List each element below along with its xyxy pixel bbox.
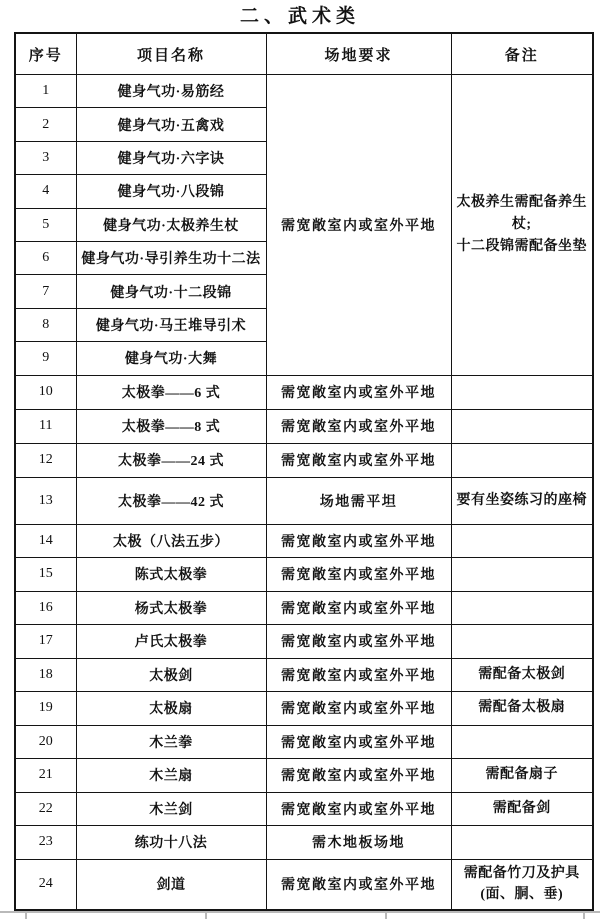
- row-number-cell: 6: [15, 241, 76, 274]
- venue-cell: 需宽敞室内或室外平地: [266, 558, 451, 592]
- row-number-cell: 16: [15, 591, 76, 625]
- row-number-cell: 19: [15, 692, 76, 726]
- venue-cell: 需木地板场地: [266, 826, 451, 860]
- project-name-cell: 练功十八法: [76, 826, 266, 860]
- project-name-cell: 木兰拳: [76, 725, 266, 759]
- remark-cell: 要有坐姿练习的座椅: [451, 477, 593, 524]
- row-number-cell: 2: [15, 108, 76, 141]
- venue-cell: 需宽敞室内或室外平地: [266, 658, 451, 692]
- project-name-cell: 太极（八法五步）: [76, 524, 266, 558]
- venue-cell: 需宽敞室内或室外平地: [266, 375, 451, 409]
- row-number-cell: 13: [15, 477, 76, 524]
- table-row: 24剑道需宽敞室内或室外平地需配备竹刀及护具 (面、胴、垂): [15, 859, 593, 910]
- venue-cell: 场地需平坦: [266, 477, 451, 524]
- page-title: 二、武术类: [0, 1, 600, 28]
- header-project-name: 项目名称: [76, 33, 266, 75]
- next-table-column-line: [583, 912, 585, 919]
- venue-cell: 需宽敞室内或室外平地: [266, 591, 451, 625]
- project-name-cell: 健身气功·马王堆导引术: [76, 308, 266, 341]
- project-name-cell: 健身气功·导引养生功十二法: [76, 241, 266, 274]
- table-row: 15陈式太极拳需宽敞室内或室外平地: [15, 558, 593, 592]
- table-body: 1健身气功·易筋经需宽敞室内或室外平地太极养生需配备养生杖; 十二段锦需配备坐垫…: [15, 75, 593, 911]
- table-row: 22木兰剑需宽敞室内或室外平地需配备剑: [15, 792, 593, 826]
- table-row: 17卢氏太极拳需宽敞室内或室外平地: [15, 625, 593, 659]
- row-number-cell: 8: [15, 308, 76, 341]
- table-row: 19太极扇需宽敞室内或室外平地需配备太极扇: [15, 692, 593, 726]
- table-row: 12太极拳——24 式需宽敞室内或室外平地: [15, 443, 593, 477]
- row-number-cell: 15: [15, 558, 76, 592]
- remark-cell: [451, 375, 593, 409]
- next-table-column-line: [385, 912, 387, 919]
- venue-cell: 需宽敞室内或室外平地: [266, 759, 451, 793]
- remark-cell: 需配备太极扇: [451, 692, 593, 726]
- project-name-cell: 健身气功·十二段锦: [76, 275, 266, 308]
- row-number-cell: 1: [15, 75, 76, 108]
- row-number-cell: 7: [15, 275, 76, 308]
- header-row: 序号 项目名称 场地要求 备注: [15, 33, 593, 75]
- project-name-cell: 太极拳——8 式: [76, 409, 266, 443]
- remark-cell: [451, 558, 593, 592]
- venue-cell: 需宽敞室内或室外平地: [266, 792, 451, 826]
- row-number-cell: 22: [15, 792, 76, 826]
- table-row: 14太极（八法五步）需宽敞室内或室外平地: [15, 524, 593, 558]
- remark-cell: 需配备竹刀及护具 (面、胴、垂): [451, 859, 593, 910]
- remark-cell: 太极养生需配备养生杖; 十二段锦需配备坐垫: [451, 75, 593, 376]
- project-name-cell: 健身气功·六字诀: [76, 141, 266, 174]
- venue-cell: 需宽敞室内或室外平地: [266, 443, 451, 477]
- remark-cell: [451, 591, 593, 625]
- project-name-cell: 健身气功·五禽戏: [76, 108, 266, 141]
- project-name-cell: 太极扇: [76, 692, 266, 726]
- next-table-column-line: [205, 912, 207, 919]
- table-row: 21木兰扇需宽敞室内或室外平地需配备扇子: [15, 759, 593, 793]
- project-name-cell: 太极拳——42 式: [76, 477, 266, 524]
- project-name-cell: 陈式太极拳: [76, 558, 266, 592]
- header-serial-number: 序号: [15, 33, 76, 75]
- row-number-cell: 21: [15, 759, 76, 793]
- row-number-cell: 10: [15, 375, 76, 409]
- table-header: 序号 项目名称 场地要求 备注: [15, 33, 593, 75]
- venue-cell: 需宽敞室内或室外平地: [266, 524, 451, 558]
- table-row: 1健身气功·易筋经需宽敞室内或室外平地太极养生需配备养生杖; 十二段锦需配备坐垫: [15, 75, 593, 108]
- row-number-cell: 12: [15, 443, 76, 477]
- remark-cell: [451, 524, 593, 558]
- project-name-cell: 木兰扇: [76, 759, 266, 793]
- project-name-cell: 太极拳——6 式: [76, 375, 266, 409]
- project-name-cell: 太极剑: [76, 658, 266, 692]
- project-name-cell: 健身气功·八段锦: [76, 175, 266, 208]
- venue-cell: 需宽敞室内或室外平地: [266, 692, 451, 726]
- remark-cell: [451, 625, 593, 659]
- next-table-column-line: [25, 912, 27, 919]
- row-number-cell: 23: [15, 826, 76, 860]
- table-row: 20木兰拳需宽敞室内或室外平地: [15, 725, 593, 759]
- project-name-cell: 剑道: [76, 859, 266, 910]
- next-table-top-edge: [0, 911, 600, 913]
- row-number-cell: 3: [15, 141, 76, 174]
- project-name-cell: 木兰剑: [76, 792, 266, 826]
- row-number-cell: 18: [15, 658, 76, 692]
- project-name-cell: 健身气功·大舞: [76, 342, 266, 375]
- row-number-cell: 17: [15, 625, 76, 659]
- remark-cell: 需配备扇子: [451, 759, 593, 793]
- row-number-cell: 5: [15, 208, 76, 241]
- remark-cell: [451, 826, 593, 860]
- row-number-cell: 4: [15, 175, 76, 208]
- venue-cell: 需宽敞室内或室外平地: [266, 409, 451, 443]
- row-number-cell: 11: [15, 409, 76, 443]
- remark-cell: [451, 443, 593, 477]
- martial-arts-table: 序号 项目名称 场地要求 备注 1健身气功·易筋经需宽敞室内或室外平地太极养生需…: [14, 32, 594, 911]
- project-name-cell: 健身气功·易筋经: [76, 75, 266, 108]
- remark-cell: 需配备太极剑: [451, 658, 593, 692]
- table-row: 13太极拳——42 式场地需平坦要有坐姿练习的座椅: [15, 477, 593, 524]
- row-number-cell: 24: [15, 859, 76, 910]
- table-row: 11太极拳——8 式需宽敞室内或室外平地: [15, 409, 593, 443]
- venue-cell: 需宽敞室内或室外平地: [266, 625, 451, 659]
- table-row: 18太极剑需宽敞室内或室外平地需配备太极剑: [15, 658, 593, 692]
- remark-cell: 需配备剑: [451, 792, 593, 826]
- remark-cell: [451, 725, 593, 759]
- project-name-cell: 杨式太极拳: [76, 591, 266, 625]
- table-row: 16杨式太极拳需宽敞室内或室外平地: [15, 591, 593, 625]
- header-venue-requirement: 场地要求: [266, 33, 451, 75]
- project-name-cell: 健身气功·太极养生杖: [76, 208, 266, 241]
- table-row: 10太极拳——6 式需宽敞室内或室外平地: [15, 375, 593, 409]
- venue-cell: 需宽敞室内或室外平地: [266, 859, 451, 910]
- table-row: 23练功十八法需木地板场地: [15, 826, 593, 860]
- project-name-cell: 卢氏太极拳: [76, 625, 266, 659]
- remark-cell: [451, 409, 593, 443]
- venue-cell: 需宽敞室内或室外平地: [266, 725, 451, 759]
- row-number-cell: 20: [15, 725, 76, 759]
- venue-cell: 需宽敞室内或室外平地: [266, 75, 451, 376]
- row-number-cell: 14: [15, 524, 76, 558]
- project-name-cell: 太极拳——24 式: [76, 443, 266, 477]
- row-number-cell: 9: [15, 342, 76, 375]
- header-remarks: 备注: [451, 33, 593, 75]
